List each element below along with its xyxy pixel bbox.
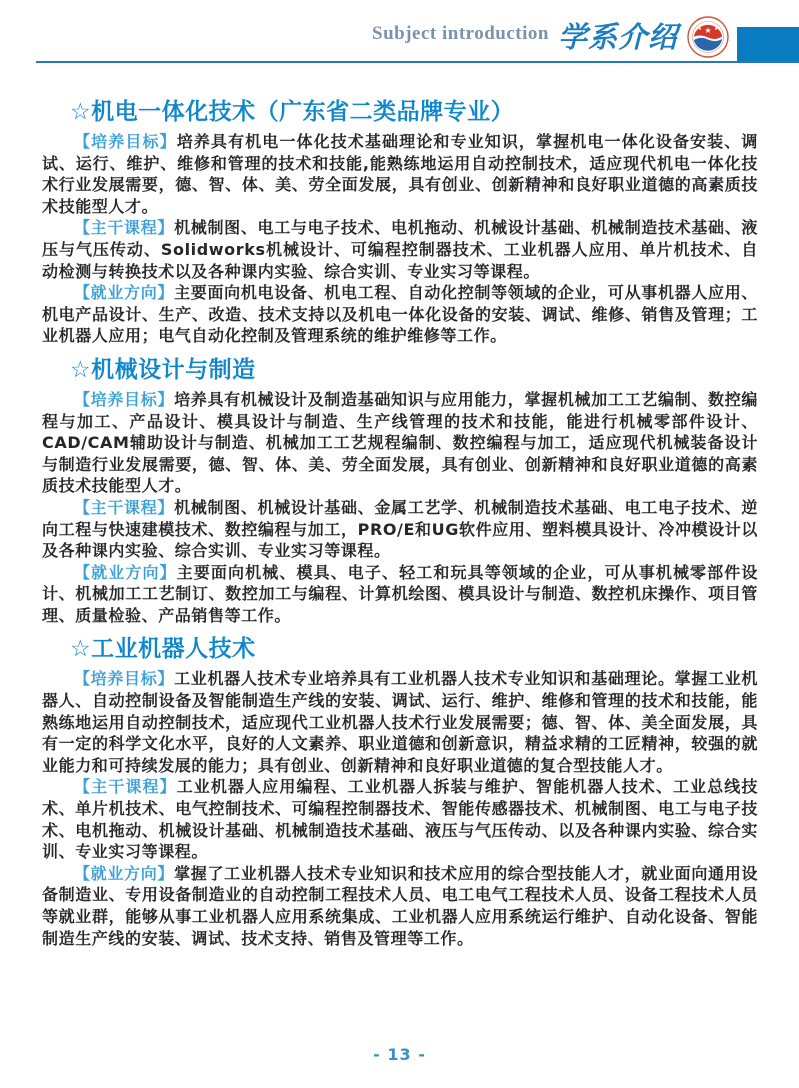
svg-text:★: ★ xyxy=(714,26,718,31)
paragraph-label: 【主干课程】 xyxy=(74,498,174,517)
brochure-page: Subject introduction 学系介绍 ★ ★ ★ ☆机电一体化技术… xyxy=(0,0,799,1088)
paragraph-label: 【主干课程】 xyxy=(74,777,177,796)
header-rule xyxy=(36,61,799,63)
section-title-mechanical-design: ☆机械设计与制造 xyxy=(70,356,758,384)
paragraph-training-objectives: 【培养目标】培养具有机电一体化技术基础理论和专业知识，掌握机电一体化设备安装、调… xyxy=(42,131,758,217)
paragraph-training-objectives: 【培养目标】培养具有机械设计及制造基础知识与应用能力，掌握机械加工工艺编制、数控… xyxy=(42,389,758,497)
section-title-industrial-robot: ☆工业机器人技术 xyxy=(70,635,758,663)
paragraph-label: 【培养目标】 xyxy=(74,669,174,688)
paragraph-main-courses: 【主干课程】机械制图、机械设计基础、金属工艺学、机械制造技术基础、电工电子技术、… xyxy=(42,497,758,562)
page-content: ☆机电一体化技术（广东省二类品牌专业） 【培养目标】培养具有机电一体化技术基础理… xyxy=(42,98,758,949)
paragraph-label: 【培养目标】 xyxy=(74,132,177,151)
paragraph-label: 【就业方向】 xyxy=(74,864,174,883)
paragraph-employment-direction: 【就业方向】主要面向机电设备、机电工程、自动化控制等领域的企业，可从事机器人应用… xyxy=(42,282,758,347)
header-titles: Subject introduction 学系介绍 ★ ★ ★ xyxy=(372,14,729,58)
paragraph-main-courses: 【主干课程】工业机器人应用编程、工业机器人拆装与维护、智能机器人技术、工业总线技… xyxy=(42,776,758,862)
school-emblem-icon: ★ ★ ★ xyxy=(687,16,729,58)
paragraph-training-objectives: 【培养目标】工业机器人技术专业培养具有工业机器人技术专业知识和基础理论。掌握工业… xyxy=(42,668,758,776)
svg-text:★: ★ xyxy=(704,26,711,35)
page-header: Subject introduction 学系介绍 ★ ★ ★ xyxy=(0,0,799,66)
header-corner-block xyxy=(737,27,799,61)
paragraph-employment-direction: 【就业方向】主要面向机械、模具、电子、轻工和玩具等领域的企业，可从事机械零部件设… xyxy=(42,562,758,627)
header-title-en: Subject introduction xyxy=(372,23,549,49)
paragraph-label: 【主干课程】 xyxy=(74,218,174,237)
paragraph-employment-direction: 【就业方向】掌握了工业机器人技术专业知识和技术应用的综合型技能人才，就业面向通用… xyxy=(42,863,758,949)
paragraph-label: 【就业方向】 xyxy=(74,563,177,582)
svg-text:★: ★ xyxy=(698,26,702,31)
paragraph-label: 【培养目标】 xyxy=(74,390,174,409)
paragraph-main-courses: 【主干课程】机械制图、电工与电子技术、电机拖动、机械设计基础、机械制造技术基础、… xyxy=(42,217,758,282)
header-title-zh: 学系介绍 xyxy=(558,15,678,58)
section-title-mechatronics: ☆机电一体化技术（广东省二类品牌专业） xyxy=(70,98,758,126)
page-number: - 13 - xyxy=(0,1045,799,1064)
paragraph-label: 【就业方向】 xyxy=(74,283,174,302)
